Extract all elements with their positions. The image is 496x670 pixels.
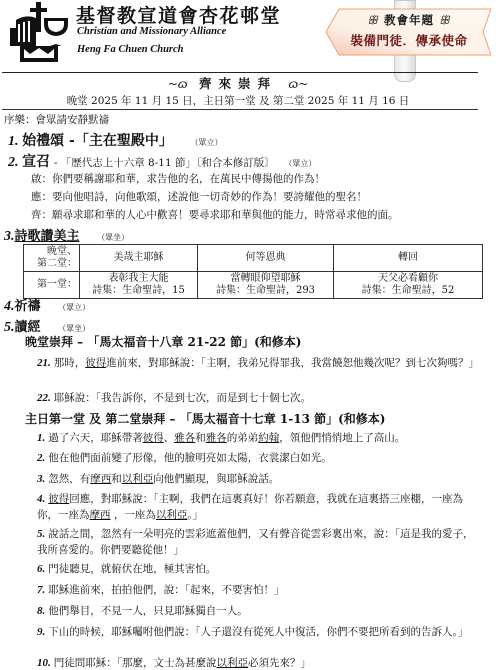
posture-note: （眾坐）	[97, 233, 129, 242]
call-to-worship-response: 應：要向他唱詩，向他歌頌，述說他一切奇妙的作為！要誇耀他的聖名！	[31, 189, 367, 204]
theme-motto: 裝備門徒．傳承使命	[325, 31, 493, 49]
hymn-cell: 轉回	[334, 245, 483, 272]
order-item-4: 4.祈禱 （眾立）	[4, 295, 90, 315]
verse-21: 21.那時，彼得進前來，對耶穌說：「主啊，我弟兄得罪我，我當饒恕他幾次呢？到七次…	[37, 355, 483, 371]
posture-note: （眾坐）	[58, 324, 90, 333]
verse-9: 9.下山的時候，耶穌囑咐他們說：「人子還沒有從死人中復活，你們不要把所看到的告訴…	[37, 624, 483, 640]
item-title: 宣召	[22, 154, 50, 170]
verse-6: 6.門徒聽見，就俯伏在地，極其害怕。	[37, 561, 483, 577]
hymn-cell: 當轉眼仰望耶穌 詩集：生命聖詩，293	[198, 272, 334, 299]
posture-note: （眾立）	[58, 303, 90, 312]
hymn-source: 詩集：生命聖詩，52	[336, 285, 480, 297]
hymn-cell: 美哉主耶穌	[80, 245, 198, 272]
hymn-row-first: 第一堂： 表彰我主大能 詩集：生命聖詩，15 當轉眼仰望耶穌 詩集：生命聖詩，2…	[24, 272, 483, 299]
service-date-line: 晚堂 2025 年 11 月 15 日，主日第一堂 及 第二堂 2025 年 1…	[0, 93, 476, 108]
call-to-worship-leader: 啟：你們要稱謝耶和華，求告他的名，在萬民中傳揚他的作為！	[31, 171, 325, 186]
hymn-title: 天父必看顧你	[336, 273, 480, 285]
ornament-left-icon: ꕥ	[367, 13, 379, 27]
order-item-1: 1. 始禮頌 -「主在聖殿中」 （眾立）	[8, 130, 223, 150]
hymn-table: 晚堂、 第二堂： 美哉主耶穌 何等恩典 轉回 第一堂： 表彰我主大能 詩集：生命…	[23, 244, 483, 299]
header-divider	[2, 72, 478, 73]
hymn-cell: 表彰我主大能 詩集：生命聖詩，15	[80, 272, 198, 299]
verse-22: 22.耶穌說：「我告訴你，不是到七次，而是到七十個七次。	[37, 390, 483, 406]
church-logo-icon	[6, 2, 72, 62]
verse-5: 5.說話之間，忽然有一朵明亮的雲彩遮蓋他們，又有聲音從雲彩裏出來，說：「這是我的…	[37, 526, 483, 558]
prelude-note: 序樂：會眾請安靜默禱	[4, 112, 109, 127]
hymn-source: 詩集：生命聖詩，293	[200, 285, 331, 297]
item-title: 詩歌讚美主	[15, 229, 80, 244]
ornament-right-icon: ꕥ	[439, 13, 451, 27]
hymn-title: 表彰我主大能	[82, 273, 195, 285]
church-name-english-line1: Christian and Missionary Alliance	[77, 26, 226, 37]
reading-heading-evening: 晚堂崇拜 – 「馬太福音十八章 21-22 節」(和修本)	[25, 333, 301, 350]
hymn-row-evening-second: 晚堂、 第二堂： 美哉主耶穌 何等恩典 轉回	[24, 245, 483, 272]
scripture-reference: - 「歷代志上十六章 8-11 節」〔和合本修訂版〕	[54, 157, 275, 169]
call-to-worship-unison: 齊：願尋求耶和華的人心中歡喜！要尋求耶和華與他的能力，時常尋求他的面。	[31, 207, 399, 222]
posture-note: （眾立）	[191, 138, 223, 147]
ornament-left-icon: ~ɷ	[168, 77, 188, 91]
item-title: 祈禱	[15, 299, 41, 314]
hymn-title: 當轉眼仰望耶穌	[200, 273, 331, 285]
verse-4: 4.彼得回應，對耶穌說：「主啊，我們在這裏真好！你若願意，我就在這裏搭三座棚，一…	[37, 491, 483, 523]
hymn-cell: 何等恩典	[198, 245, 334, 272]
verse-8: 8.他們舉目，不見一人，只見耶穌獨自一人。	[37, 603, 483, 619]
verse-2: 2.他在他們面前變了形像，他的臉明亮如太陽，衣裳潔白如光。	[37, 450, 483, 466]
row-label: 晚堂、 第二堂：	[24, 245, 80, 272]
date-divider	[2, 109, 478, 110]
order-item-3: 3.詩歌讚美主 （眾坐）	[4, 225, 129, 245]
service-title: ~ɷ 齊來崇拜 ɷ~	[0, 74, 476, 92]
verse-1: 1.過了六天，耶穌帶著彼得、雅各和雅各的弟弟約翰，領他們悄悄地上了高山。	[37, 430, 483, 446]
reading-heading-sunday: 主日第一堂 及 第二堂崇拜 – 「馬太福音十七章 1-13 節」(和修本)	[25, 410, 385, 427]
church-name-chinese: 基督教宣道會杏花邨堂	[76, 1, 281, 28]
theme-title: ꕥ 教會年題 ꕥ	[325, 12, 493, 28]
order-item-2: 2. 宣召 - 「歷代志上十六章 8-11 節」〔和合本修訂版〕 （眾立）	[8, 151, 316, 171]
item-title: 始禮頌 -「主在聖殿中」	[22, 133, 173, 149]
church-name-english-line2: Heng Fa Chuen Church	[77, 44, 184, 55]
hymn-source: 詩集：生命聖詩，15	[82, 285, 195, 297]
verse-7: 7.耶穌進前來，拍拍他們，說：「起來，不要害怕！」	[37, 582, 483, 598]
verse-3: 3.忽然，有摩西和以利亞向他們顯現，與耶穌說話。	[37, 471, 483, 487]
verse-10: 10.門徒問耶穌：「那麼，文士為甚麼說以利亞必須先來？」	[37, 655, 483, 670]
ornament-right-icon: ɷ~	[288, 77, 308, 91]
bulletin-header: 基督教宣道會杏花邨堂 Christian and Missionary Alli…	[0, 0, 496, 76]
posture-note: （眾立）	[284, 159, 316, 168]
hymn-cell: 天父必看顧你 詩集：生命聖詩，52	[334, 272, 483, 299]
